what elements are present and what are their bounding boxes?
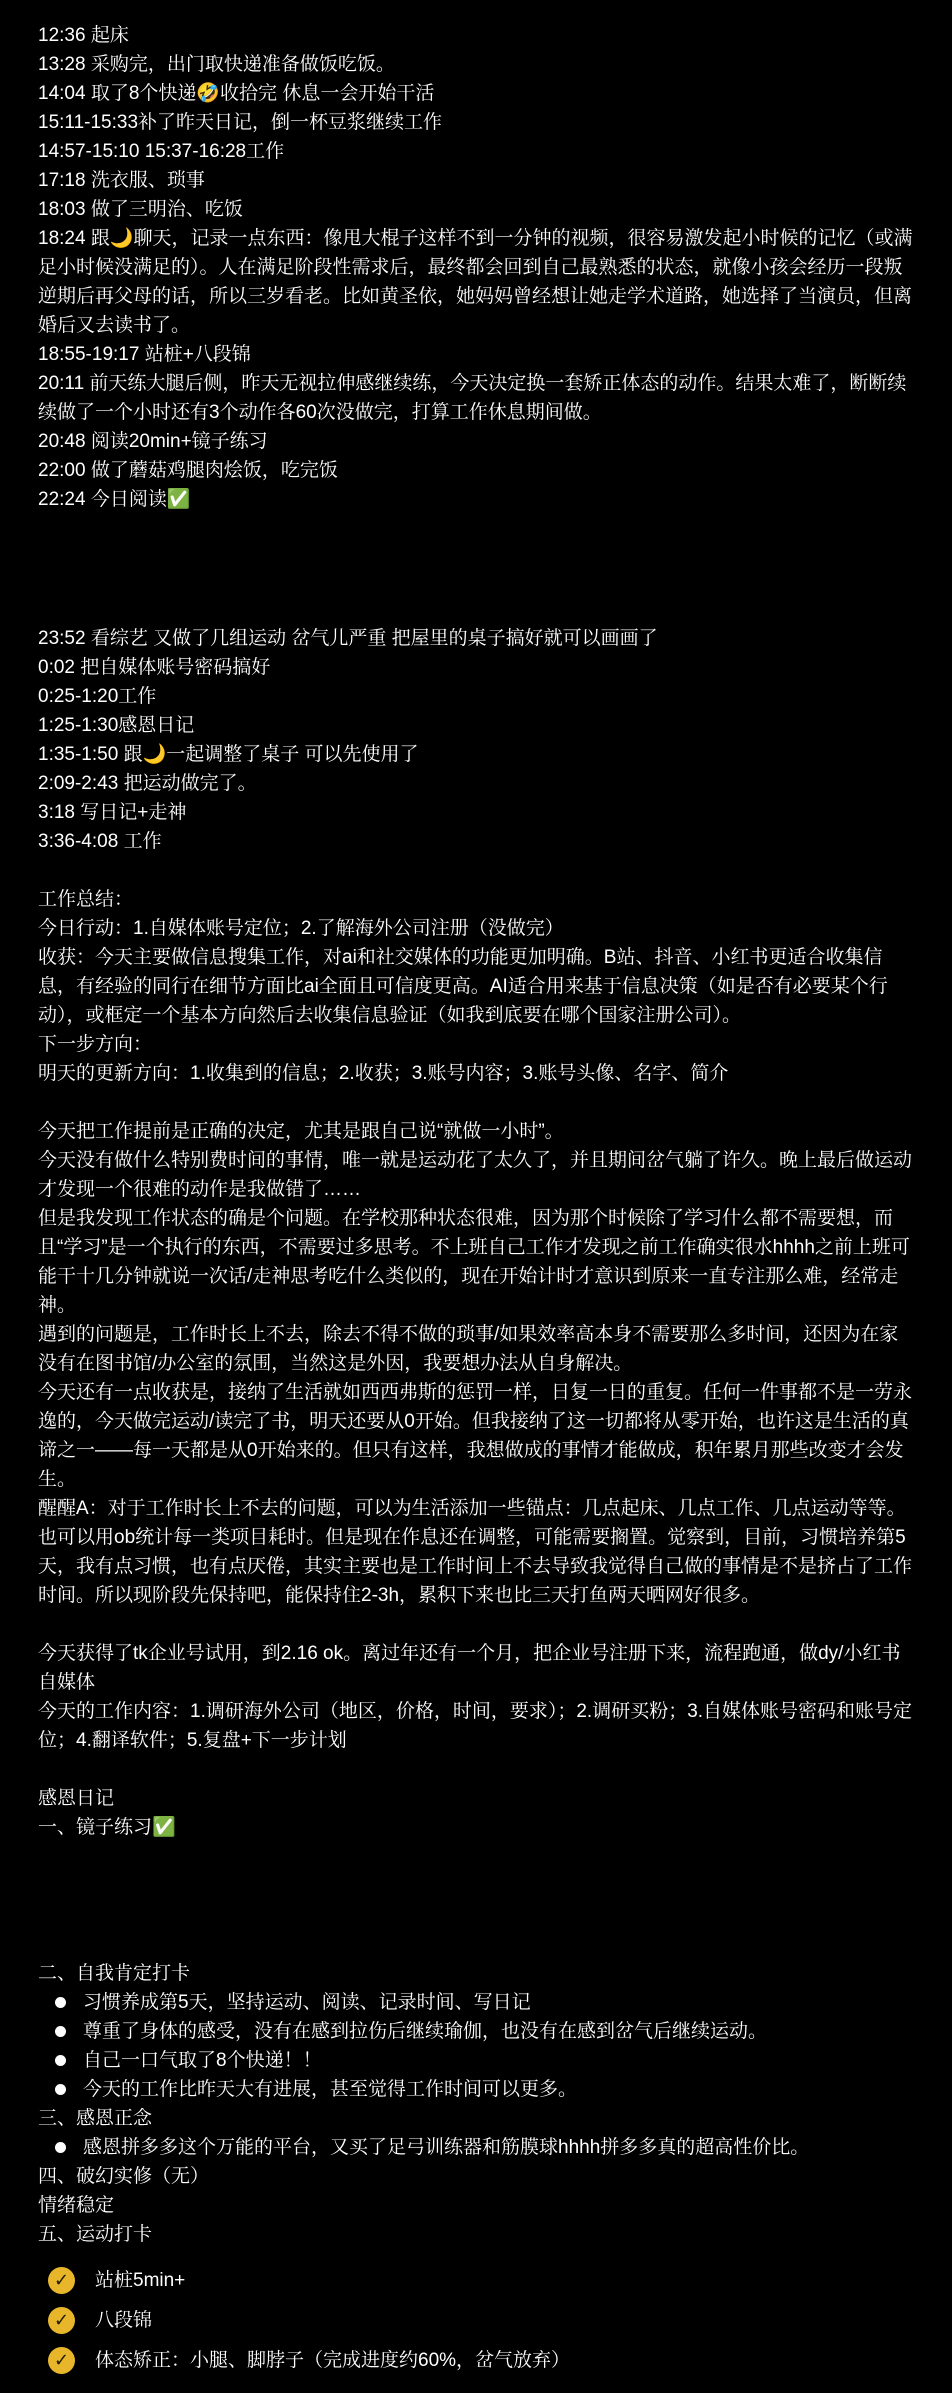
plan: 今天获得了tk企业号试用，到2.16 ok。离过年还有一个月，把企业号注册下来，…	[38, 1639, 915, 1755]
list-item: 习惯养成第5天，坚持运动、阅读、记录时间、写日记	[38, 1988, 915, 2017]
checked-checkbox-icon[interactable]: ✓	[48, 2307, 75, 2334]
pohuan-title: 四、破幻实修（无）	[38, 2162, 915, 2191]
gratitude-title: 感恩日记	[38, 1784, 915, 1813]
blank-space	[38, 1842, 915, 1959]
plan-line: 今天的工作内容：1.调研海外公司（地区，价格，时间，要求）；2.调研买粉；3.自…	[38, 1697, 915, 1755]
list-item: 自己一口气取了8个快递！！	[38, 2046, 915, 2075]
log-line: 12:36 起床	[38, 21, 915, 50]
emotion-line: 情绪稳定	[38, 2191, 915, 2220]
reflection-line: 今天没有做什么特别费时间的事情，唯一就是运动花了太久了，并且期间岔气躺了许久。晚…	[38, 1146, 915, 1204]
affirmation-title: 二、自我肯定打卡	[38, 1959, 915, 1988]
log-line: 22:24 今日阅读✅	[38, 485, 915, 514]
log-line: 20:11 前天练大腿后侧，昨天无视拉伸感继续练，今天决定换一套矫正体态的动作。…	[38, 369, 915, 427]
checklist-item: ✓ 站桩5min+	[38, 2260, 915, 2300]
mindfulness-list: 感恩拼多多这个万能的平台，又买了足弓训练器和筋膜球hhhh拼多多真的超高性价比。	[38, 2133, 915, 2162]
log-line: 14:04 取了8个快递🤣收拾完 休息一会开始干活	[38, 79, 915, 108]
log-line: 18:24 跟🌙聊天，记录一点东西：像甩大棍子这样不到一分钟的视频，很容易激发起…	[38, 224, 915, 340]
log-line: 1:35-1:50 跟🌙一起调整了桌子 可以先使用了	[38, 740, 915, 769]
log-line: 14:57-15:10 15:37-16:28工作	[38, 137, 915, 166]
list-item: 尊重了身体的感受，没有在感到拉伤后继续瑜伽，也没有在感到岔气后继续运动。	[38, 2017, 915, 2046]
plan-line: 今天获得了tk企业号试用，到2.16 ok。离过年还有一个月，把企业号注册下来，…	[38, 1639, 915, 1697]
blank-space	[38, 1088, 915, 1117]
log-line: 0:25-1:20工作	[38, 682, 915, 711]
checklist-item: ✓ 体态矫正：小腿、脚脖子（完成进度约60%，岔气放弃）	[38, 2340, 915, 2380]
log-line: 3:36-4:08 工作	[38, 827, 915, 856]
exercise-checklist: ✓ 站桩5min+ ✓ 八段锦 ✓ 体态矫正：小腿、脚脖子（完成进度约60%，岔…	[38, 2260, 915, 2380]
summary-line: 今日行动：1.自媒体账号定位；2.了解海外公司注册（没做完）	[38, 914, 915, 943]
time-log-day2: 23:52 看综艺 又做了几组运动 岔气儿严重 把屋里的桌子搞好就可以画画了 0…	[38, 624, 915, 856]
summary-line: 明天的更新方向：1.收集到的信息；2.收获；3.账号内容；3.账号头像、名字、简…	[38, 1059, 915, 1088]
log-line: 3:18 写日记+走神	[38, 798, 915, 827]
check-glyph: ✓	[54, 2307, 69, 2334]
checked-checkbox-icon[interactable]: ✓	[48, 2267, 75, 2294]
reflection-line: 今天还有一点收获是，接纳了生活就如西西弗斯的惩罚一样，日复一日的重复。任何一件事…	[38, 1378, 915, 1494]
reflection-line: 醒醒A：对于工作时长上不去的问题，可以为生活添加一些锚点：几点起床、几点工作、几…	[38, 1494, 915, 1610]
summary-heading: 工作总结：	[38, 885, 915, 914]
work-summary: 工作总结： 今日行动：1.自媒体账号定位；2.了解海外公司注册（没做完） 收获：…	[38, 885, 915, 1088]
checklist-item-label: 站桩5min+	[95, 2266, 185, 2295]
affirmation-list: 习惯养成第5天，坚持运动、阅读、记录时间、写日记 尊重了身体的感受，没有在感到拉…	[38, 1988, 915, 2104]
check-glyph: ✓	[54, 2267, 69, 2294]
blank-space	[38, 856, 915, 885]
daily-checkin: 二、自我肯定打卡 习惯养成第5天，坚持运动、阅读、记录时间、写日记 尊重了身体的…	[38, 1959, 915, 2380]
list-item: 感恩拼多多这个万能的平台，又买了足弓训练器和筋膜球hhhh拼多多真的超高性价比。	[38, 2133, 915, 2162]
mindfulness-title: 三、感恩正念	[38, 2104, 915, 2133]
log-line: 18:55-19:17 站桩+八段锦	[38, 340, 915, 369]
gratitude-journal: 感恩日记 一、镜子练习✅	[38, 1784, 915, 1842]
reflection-line: 遇到的问题是，工作时长上不去，除去不得不做的琐事/如果效率高本身不需要那么多时间…	[38, 1320, 915, 1378]
blank-space	[38, 514, 915, 624]
time-log-day1: 12:36 起床 13:28 采购完，出门取快递准备做饭吃饭。 14:04 取了…	[38, 21, 915, 514]
checked-checkbox-icon[interactable]: ✓	[48, 2347, 75, 2374]
checklist-item-label: 体态矫正：小腿、脚脖子（完成进度约60%，岔气放弃）	[95, 2346, 570, 2375]
reflection: 今天把工作提前是正确的决定，尤其是跟自己说“就做一小时”。 今天没有做什么特别费…	[38, 1117, 915, 1610]
list-item: 今天的工作比昨天大有进展，甚至觉得工作时间可以更多。	[38, 2075, 915, 2104]
blank-space	[38, 1755, 915, 1784]
notes-page: 12:36 起床 13:28 采购完，出门取快递准备做饭吃饭。 14:04 取了…	[38, 21, 915, 2380]
log-line: 18:03 做了三明治、吃饭	[38, 195, 915, 224]
gratitude-mirror-line: 一、镜子练习✅	[38, 1813, 915, 1842]
exercise-title: 五、运动打卡	[38, 2220, 915, 2249]
blank-space	[38, 1610, 915, 1639]
log-line: 2:09-2:43 把运动做完了。	[38, 769, 915, 798]
log-line: 23:52 看综艺 又做了几组运动 岔气儿严重 把屋里的桌子搞好就可以画画了	[38, 624, 915, 653]
log-line: 20:48 阅读20min+镜子练习	[38, 427, 915, 456]
summary-line: 收获：今天主要做信息搜集工作，对ai和社交媒体的功能更加明确。B站、抖音、小红书…	[38, 943, 915, 1030]
log-line: 13:28 采购完，出门取快递准备做饭吃饭。	[38, 50, 915, 79]
summary-line: 下一步方向：	[38, 1030, 915, 1059]
reflection-line: 今天把工作提前是正确的决定，尤其是跟自己说“就做一小时”。	[38, 1117, 915, 1146]
log-line: 0:02 把自媒体账号密码搞好	[38, 653, 915, 682]
check-glyph: ✓	[54, 2347, 69, 2374]
log-line: 17:18 洗衣服、琐事	[38, 166, 915, 195]
log-line: 1:25-1:30感恩日记	[38, 711, 915, 740]
checklist-item-label: 八段锦	[95, 2306, 152, 2335]
log-line: 15:11-15:33补了昨天日记，倒一杯豆浆继续工作	[38, 108, 915, 137]
log-line: 22:00 做了蘑菇鸡腿肉烩饭，吃完饭	[38, 456, 915, 485]
checklist-item: ✓ 八段锦	[38, 2300, 915, 2340]
reflection-line: 但是我发现工作状态的确是个问题。在学校那种状态很难，因为那个时候除了学习什么都不…	[38, 1204, 915, 1320]
